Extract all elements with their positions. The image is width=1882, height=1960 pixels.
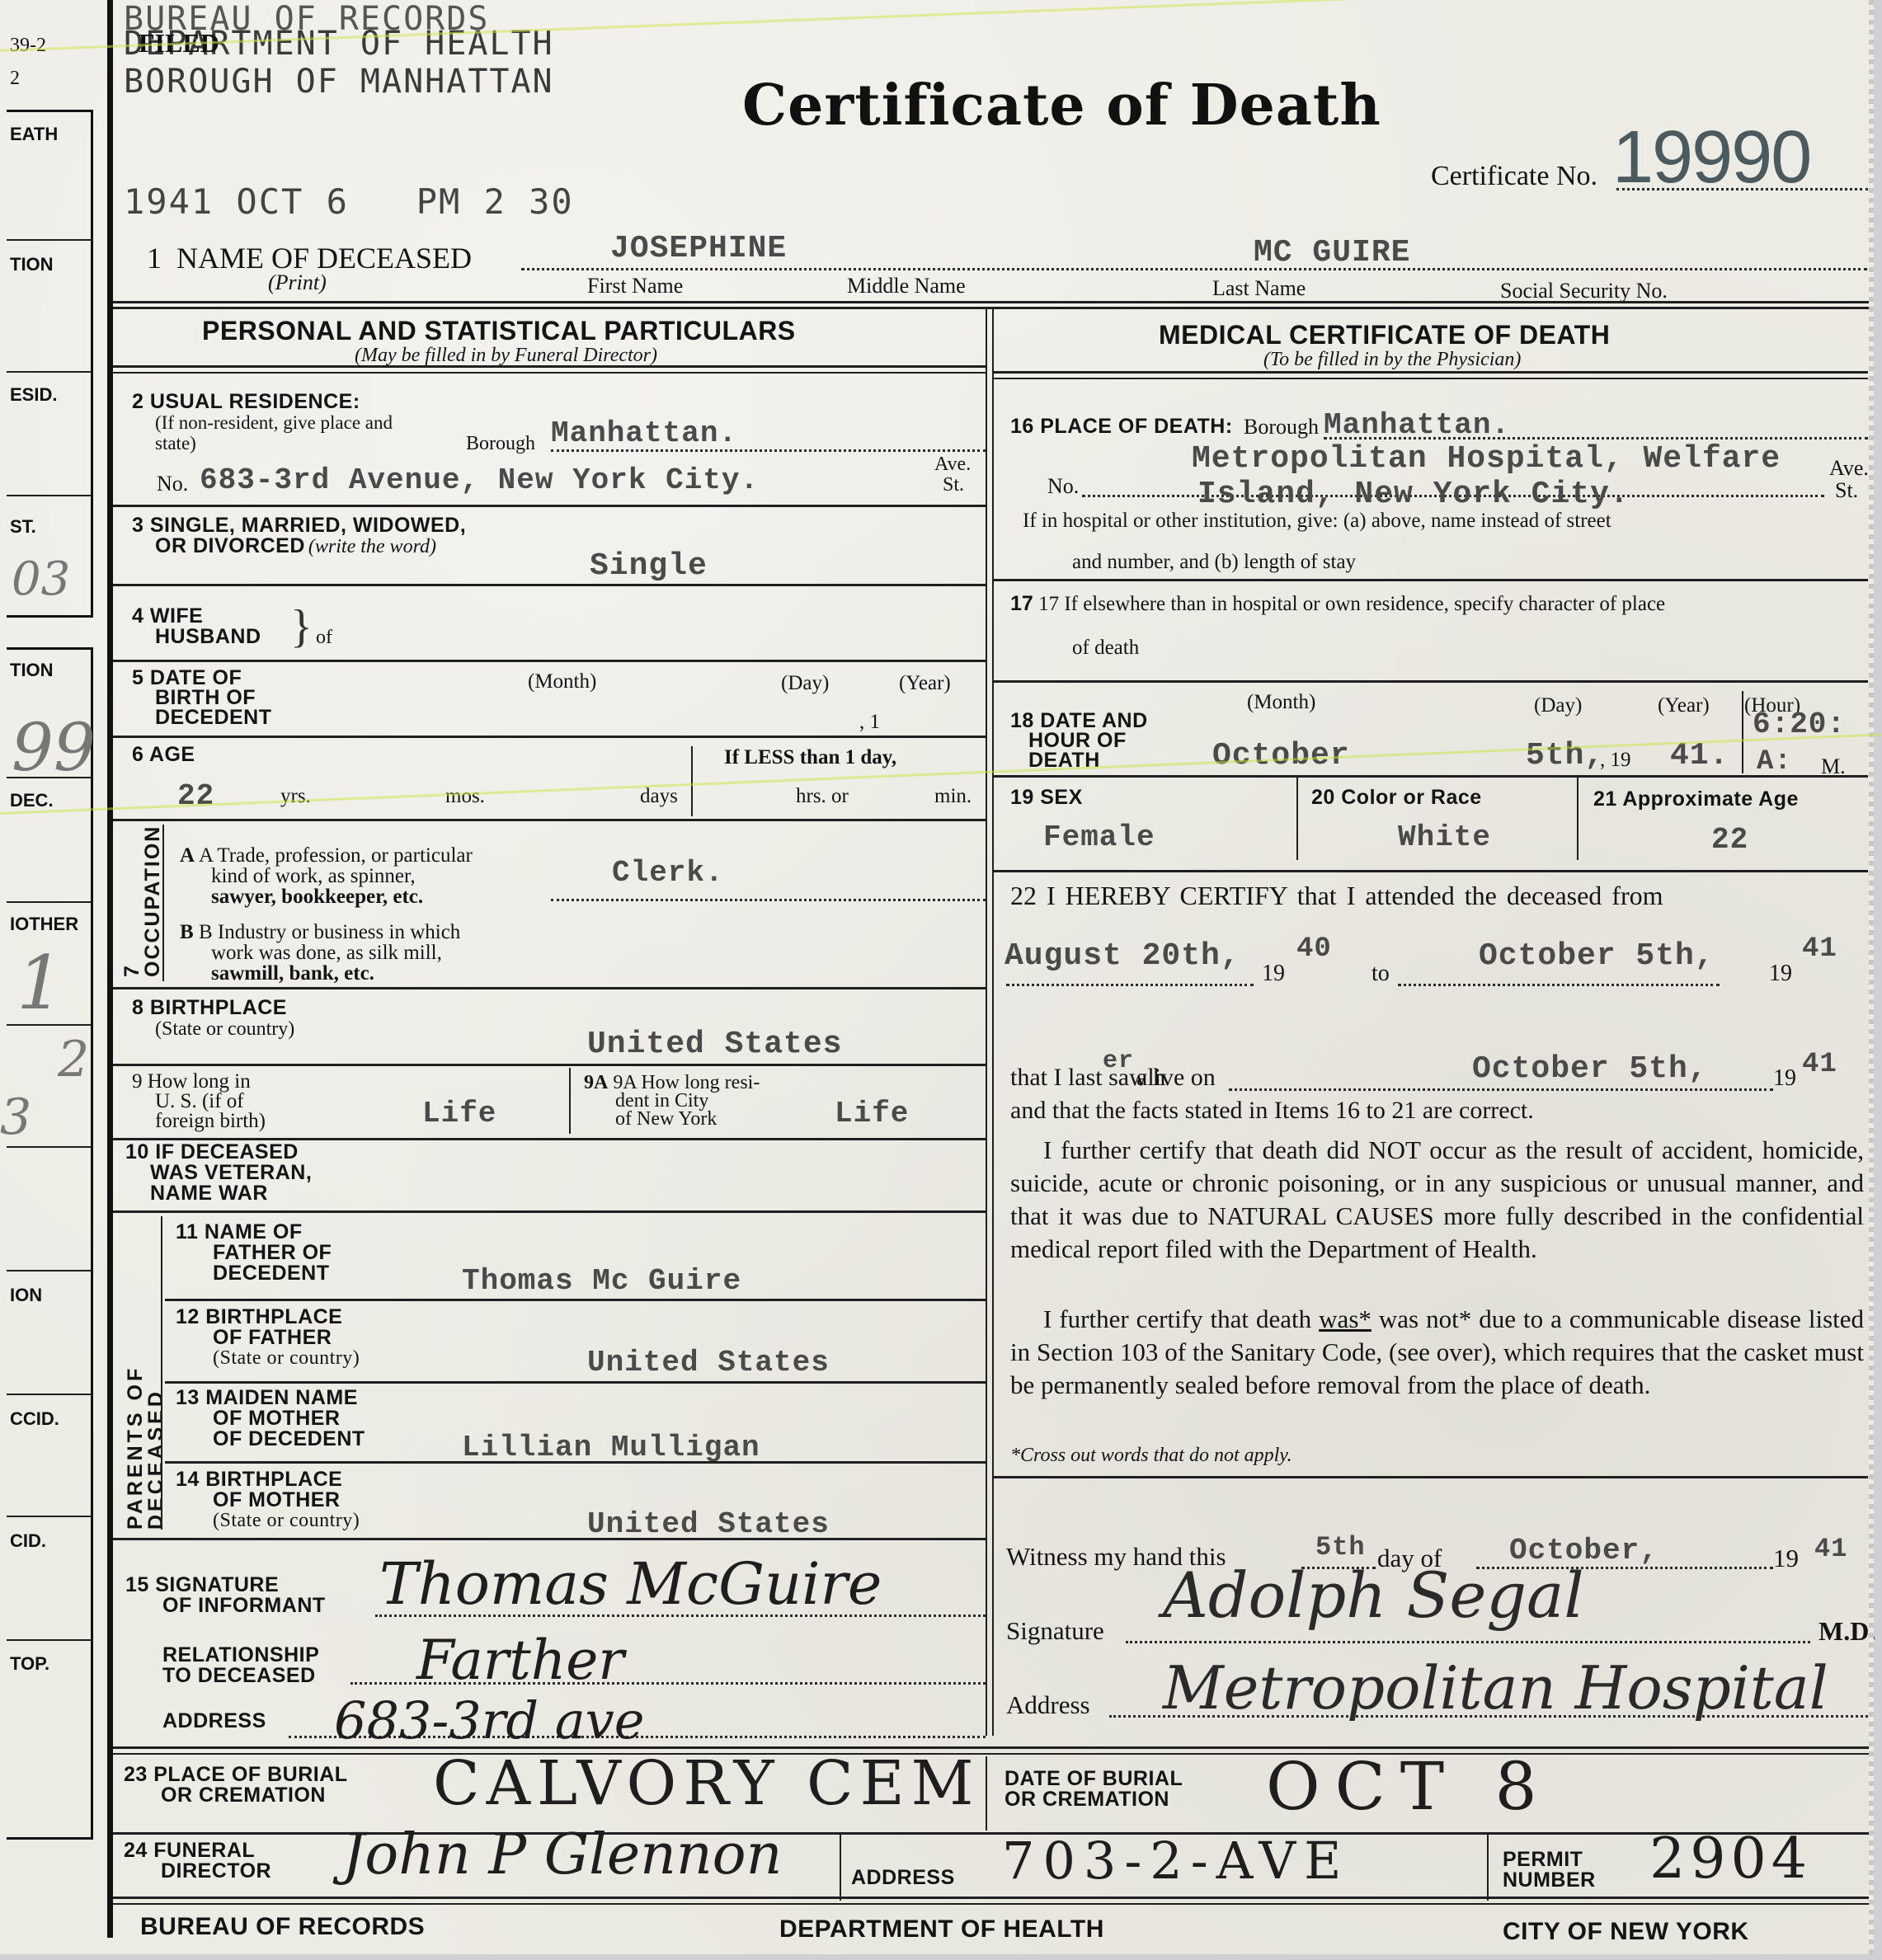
informant-signature: Thomas McGuire [379,1550,882,1618]
attended-from-year[interactable]: 40 [1296,933,1332,965]
physician-address-label: Address [1006,1690,1090,1720]
nyc-duration-label: 9A 9A How long resi-dent in Cityof New Y… [584,1074,760,1128]
elsewhere-label: 17 17 If elsewhere than in hospital or o… [1010,592,1665,616]
occupation-side-label: 7 OCCUPATION [122,812,163,977]
spouse-of-label: of [316,627,332,649]
attended-to-date[interactable]: October 5th, [1479,938,1715,974]
residence-no-label: No. [157,472,188,496]
sex-label: 19 SEX [1010,787,1083,808]
mother-birthplace-value[interactable]: United States [587,1507,830,1541]
attended-from-date[interactable]: August 20th, [1005,938,1240,974]
father-name-label: 11 NAME OFFATHER OFDECEDENT [176,1222,332,1284]
informant-address-label: ADDRESS [162,1711,266,1732]
certify-intro: 22 I HEREBY CERTIFY that I attended the … [1010,881,1663,911]
birthplace-note: (State or country) [155,1018,294,1041]
nyc-duration-value[interactable]: Life [835,1097,909,1130]
us-duration-value[interactable]: Life [422,1097,496,1130]
stub-label: IOTHER [10,914,78,935]
birthplace-label: 8 BIRTHPLACE [132,998,287,1018]
residence-label: 2 USUAL RESIDENCE: [132,392,360,412]
stub-label: ST. [10,516,36,538]
stub-code: 2 [10,68,20,90]
age-yrs-unit: yrs. [280,785,311,808]
relationship-value: Farther [416,1629,624,1692]
caption-middle-name: Middle Name [847,274,966,298]
place-no-label: No. [1047,474,1079,499]
footer-bureau: BUREAU OF RECORDS [140,1915,425,1939]
place-line1[interactable]: Metropolitan Hospital, Welfare [1192,441,1781,477]
residence-borough-label: Borough [466,433,535,455]
age-label: 6 AGE [132,745,195,765]
stub-code: 39-2 [10,35,46,57]
last-saw-pronoun[interactable]: er [1103,1047,1134,1075]
facts-statement: and that the facts stated in Items 16 to… [1010,1097,1534,1125]
race-label: 20 Color or Race [1311,787,1482,808]
certificate-number: 19990 [1612,115,1810,200]
residence-note: (If non-resident, give place and state) [155,412,402,454]
dob-month-col: (Month) [528,670,596,693]
witness-year[interactable]: 41 [1814,1534,1847,1564]
mother-birthplace-label: 14 BIRTHPLACEOF MOTHER(State or country) [176,1469,360,1531]
dod-year-col: (Year) [1658,694,1710,717]
place-note-1: If in hospital or other institution, giv… [1023,510,1611,533]
stub-label: CCID. [10,1408,59,1430]
caption-last-name: Last Name [1212,276,1306,301]
name-print-note: (Print) [268,270,327,295]
witness-century: 19 [1773,1544,1799,1573]
death-certificate: 39-2 2 EATH TION ESID. ST. 03 TION 99 DE… [0,0,1874,1954]
md-label: M.D. [1818,1616,1875,1647]
certificate-no-label: Certificate No. [1431,161,1597,192]
dob-value[interactable]: , 1 [859,711,880,734]
funeral-address-value: 703-2-AVE [1002,1831,1349,1891]
dod-day[interactable]: 5th, [1526,738,1604,773]
burial-place-label: 23 PLACE OF BURIALOR CREMATION [124,1765,348,1806]
funeral-address-label: ADDRESS [851,1868,955,1888]
approx-age-value[interactable]: 22 [1711,823,1748,857]
occupation-a-label: A A Trade, profession, or particular kin… [180,845,473,907]
marital-label-2: OR DIVORCED (write the word) [155,536,436,558]
personal-subheading: (May be filled in by Funeral Director) [355,345,657,367]
last-name-value[interactable]: MC GUIRE [1254,235,1410,270]
age-less-label: If LESS than 1 day, [724,746,896,769]
physician-signature: Adolph Segal [1163,1558,1584,1632]
age-mos-unit: mos. [445,785,485,808]
occupation-a-value[interactable]: Clerk. [612,856,724,890]
communicable-statement: I further certify that death was* was no… [1010,1303,1864,1402]
caption-ssn: Social Security No. [1500,279,1668,303]
race-value[interactable]: White [1398,820,1491,854]
last-saw-post: alive on [1136,1064,1216,1092]
footer-department: DEPARTMENT OF HEALTH [779,1917,1104,1942]
residence-st: St. [943,474,964,496]
veteran-label: 10 IF DECEASEDWAS VETERAN,NAME WAR [125,1142,312,1204]
was-underlined: was* [1319,1304,1372,1333]
place-line2[interactable]: Island, New York City. [1197,477,1630,512]
footnote: *Cross out words that do not apply. [1010,1445,1292,1467]
physician-address: Metropolitan Hospital [1163,1653,1828,1723]
pencil-mark: 1 [16,940,64,1027]
pencil-mark: 03 [12,552,70,606]
informant-signature-label: 15 SIGNATUREOF INFORMANT [125,1575,326,1616]
document-title: Certificate of Death [742,73,1381,139]
wife-label: 4 WIFE [132,606,203,627]
date-of-death-label: 18 DATE ANDHOUR OFDEATH [1010,711,1148,770]
age-min-unit: min. [934,785,972,808]
attended-to-century: 19 [1769,961,1792,987]
permit-label: PERMITNUMBER [1503,1850,1596,1891]
place-borough-label: Borough [1244,415,1319,439]
age-years-value[interactable]: 22 [177,779,214,813]
stub-label: TOP. [10,1653,49,1675]
marital-status-value[interactable]: Single [590,548,708,584]
personal-heading: PERSONAL AND STATISTICAL PARTICULARS [202,317,796,344]
burial-date-label: DATE OF BURIALOR CREMATION [1005,1769,1183,1810]
father-birthplace-value[interactable]: United States [587,1346,830,1380]
funeral-director-value: John P Glennon [342,1822,782,1887]
dob-label: 5 DATE OFBIRTH OFDECEDENT [132,668,272,727]
funeral-director-label: 24 FUNERALDIRECTOR [124,1840,271,1882]
last-saw-year[interactable]: 41 [1802,1049,1837,1080]
perforated-edge [1869,0,1874,1954]
occupation-b-label: B B Industry or business in which work w… [180,922,460,984]
birthplace-value[interactable]: United States [587,1027,842,1062]
to-label: to [1372,961,1390,987]
main-border-left [107,0,113,1938]
pencil-mark: 2 [58,1031,89,1088]
dob-day-col: (Day) [781,672,829,695]
stub-label: DEC. [10,790,54,811]
place-of-death-label: 16 PLACE OF DEATH: [1010,416,1233,437]
pencil-mark: 3 [0,1088,31,1146]
dod-ampm[interactable]: A: [1757,746,1792,778]
pencil-mark: 99 [12,709,96,786]
attended-to-year[interactable]: 41 [1802,933,1837,965]
stub-box-top [7,110,93,618]
place-ave: Ave. [1829,456,1869,481]
husband-label: HUSBAND [155,627,261,647]
place-note-2: and number, and (b) length of stay [1072,551,1356,574]
dod-month-col: (Month) [1247,691,1315,714]
dod-day-col: (Day) [1534,694,1582,717]
father-birthplace-label: 12 BIRTHPLACEOF FATHER(State or country) [176,1307,360,1369]
last-saw-century: 19 [1773,1065,1796,1092]
stub-label: EATH [10,124,58,145]
dod-century: , 19 [1600,749,1631,772]
place-st: St. [1835,478,1858,503]
stub-label: CID. [10,1530,46,1552]
sex-value[interactable]: Female [1043,820,1155,854]
burial-date-value: OCT 8 [1266,1748,1551,1825]
stub-label: ESID. [10,384,57,406]
age-hrs-unit: hrs. or [796,785,849,808]
residence-ave: Ave. [934,454,971,476]
elsewhere-label-2: of death [1072,637,1139,660]
mother-name-value[interactable]: Lillian Mulligan [462,1431,760,1464]
natural-causes-statement: I further certify that death did NOT occ… [1010,1134,1864,1266]
stub-label: TION [10,254,54,275]
caption-first-name: First Name [587,274,683,298]
medical-heading: MEDICAL CERTIFICATE OF DEATH [1159,322,1610,348]
attended-from-century: 19 [1262,961,1285,987]
residence-address[interactable]: 683-3rd Avenue, New York City. [200,463,759,497]
us-duration-label: 9 How long inU. S. (if offoreign birth) [132,1072,266,1131]
relationship-label: RELATIONSHIPTO DECEASED [162,1645,319,1686]
burial-place-value: CALVORY CEM [433,1748,980,1819]
stub-label: TION [10,660,54,681]
dob-year-col: (Year) [899,672,951,695]
stamp-borough: BOROUGH OF MANHATTAN [124,63,554,101]
stamp-filed-datetime: 1941 OCT 6 PM 2 30 [124,181,574,222]
approx-age-label: 21 Approximate Age [1593,789,1799,810]
residence-borough[interactable]: Manhattan. [551,416,737,450]
brace: } [290,600,313,653]
permit-number: 2904 [1649,1826,1812,1892]
stub-label: ION [10,1285,42,1306]
footer-city: CITY OF NEW YORK [1503,1920,1749,1944]
medical-subheading: (To be filled in by the Physician) [1263,349,1521,371]
last-saw-date[interactable]: October 5th, [1472,1051,1708,1087]
age-days-unit: days [640,785,678,808]
place-borough-value[interactable]: Manhattan. [1324,408,1510,442]
first-name-value[interactable]: JOSEPHINE [610,231,787,266]
informant-address: 683-3rd ave [334,1690,644,1751]
marital-label: 3 SINGLE, MARRIED, WIDOWED, [132,515,466,536]
father-name-value[interactable]: Thomas Mc Guire [462,1264,741,1298]
physician-signature-label: Signature [1006,1616,1104,1646]
mother-name-label: 13 MAIDEN NAMEOF MOTHEROF DECEDENT [176,1388,365,1450]
